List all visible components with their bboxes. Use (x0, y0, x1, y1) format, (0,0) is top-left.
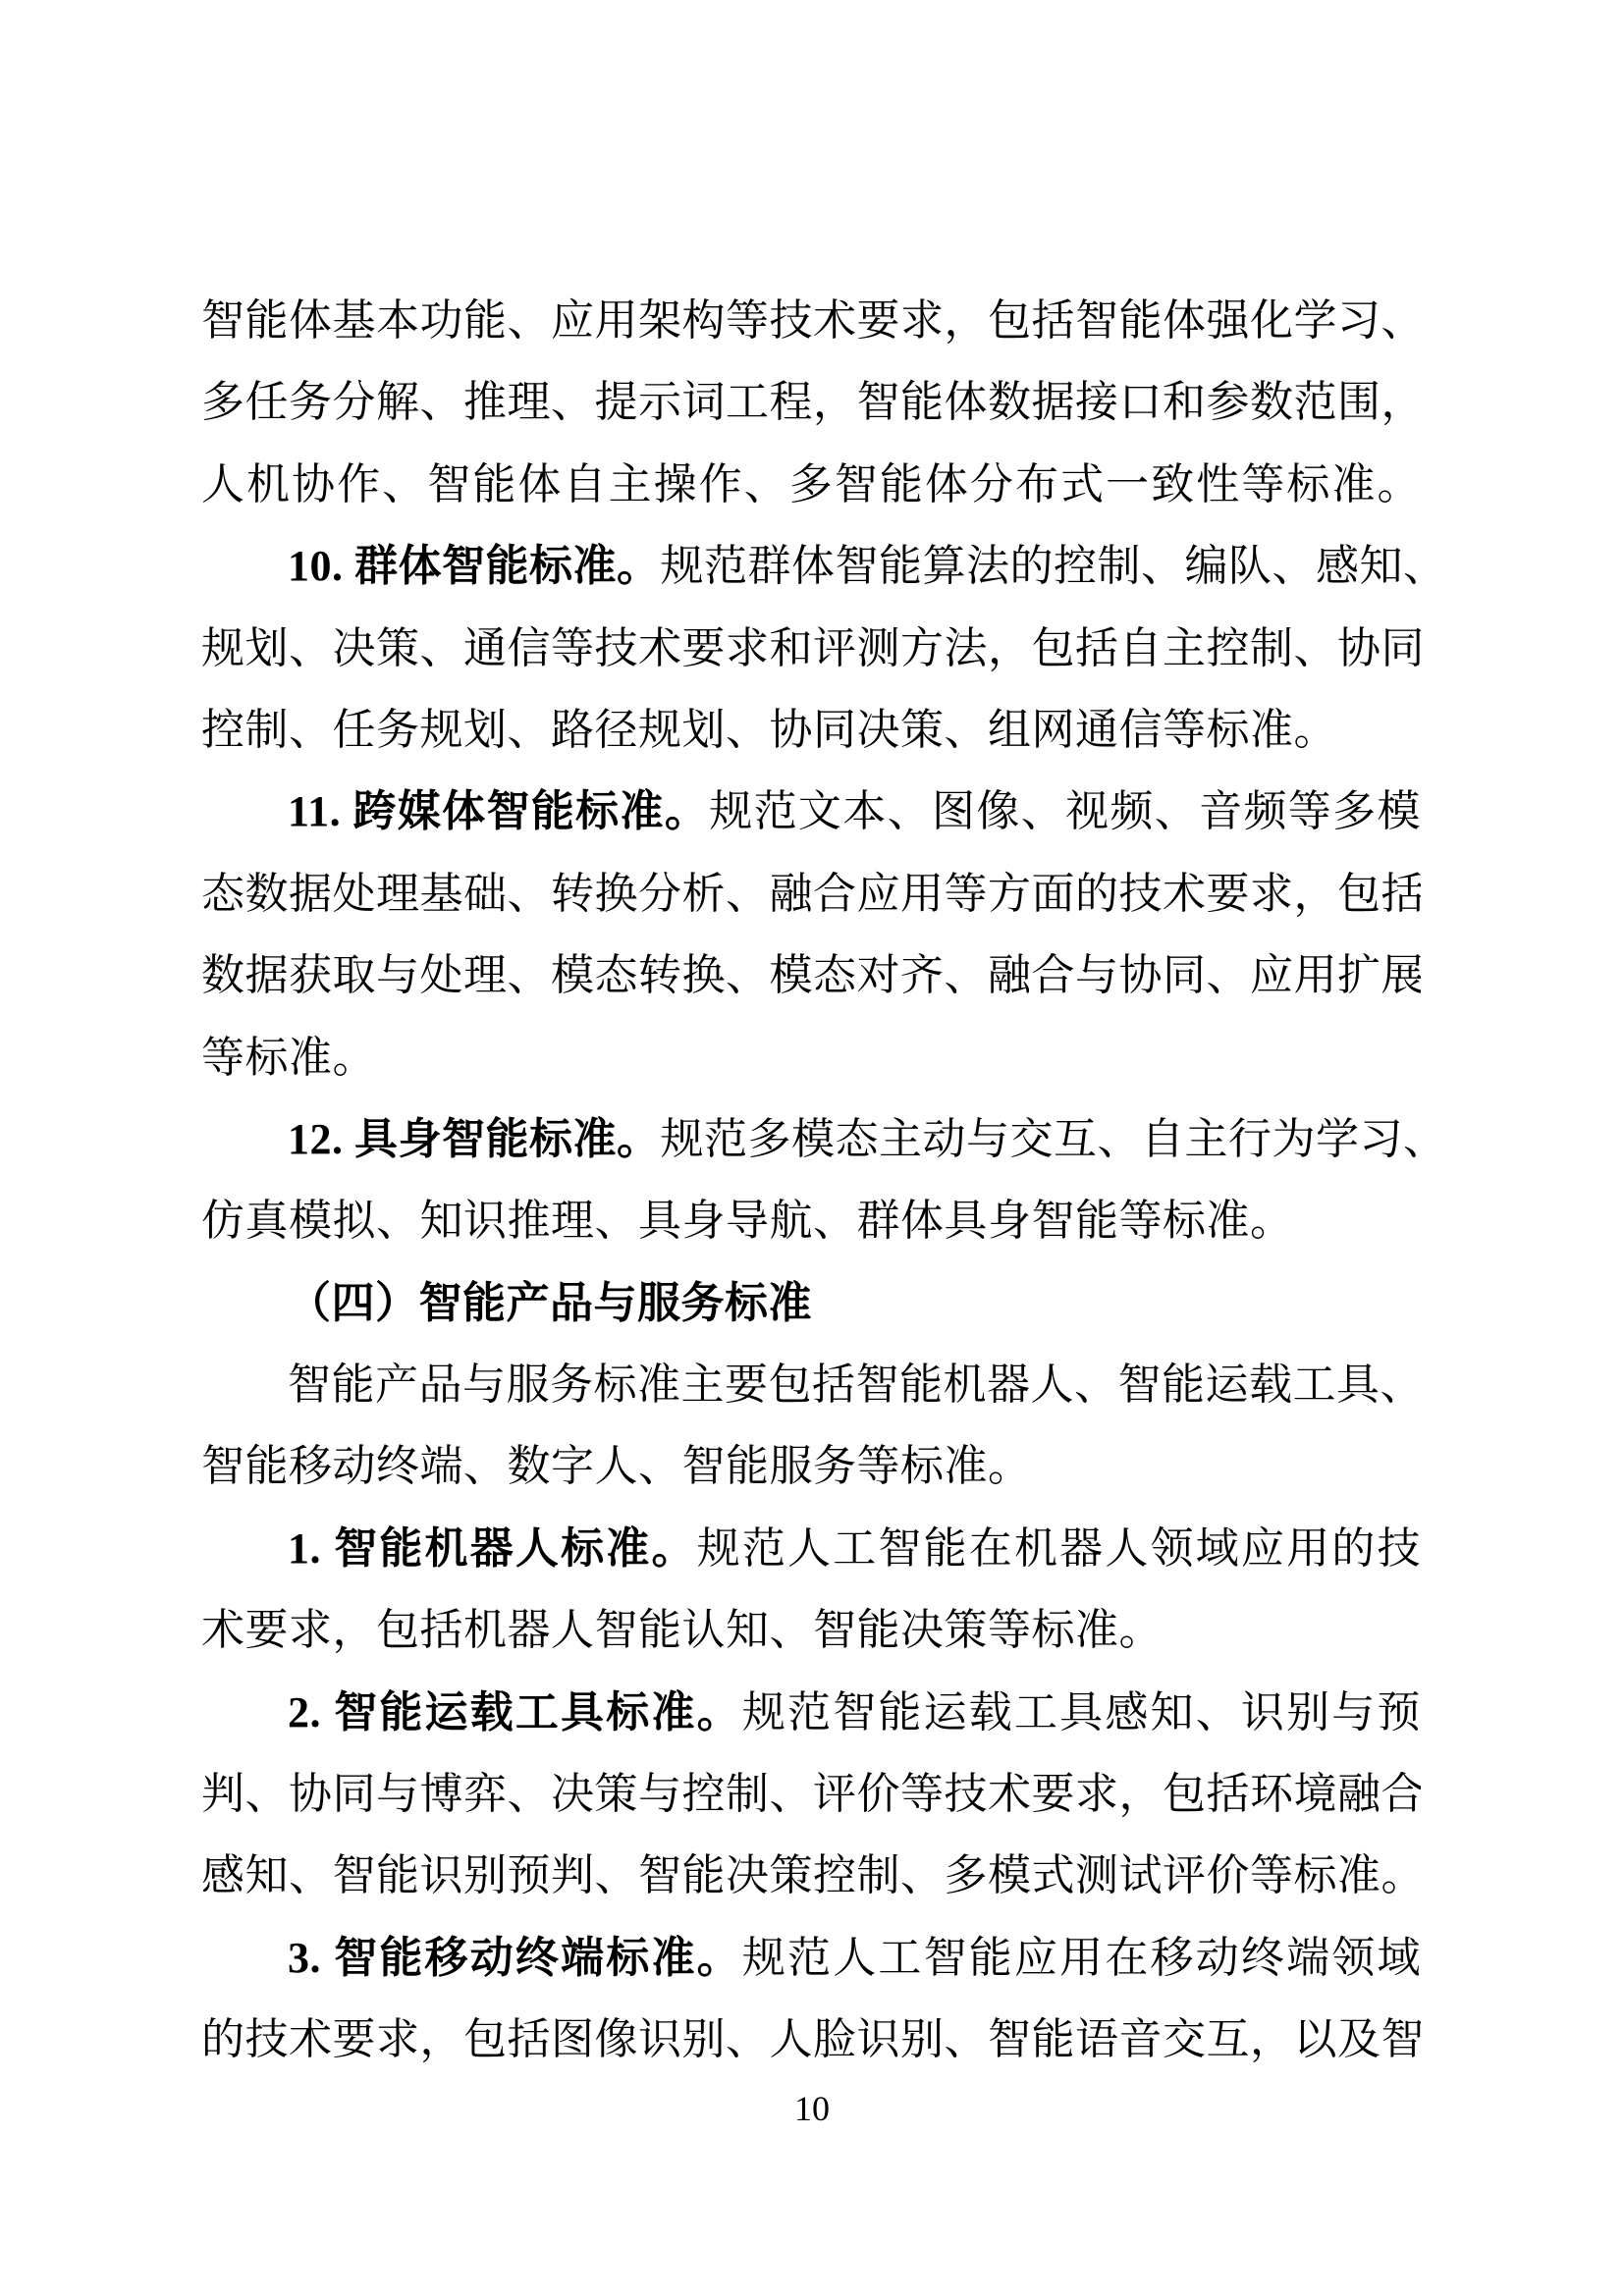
text-run: 智能体基本功能、应用架构等技术要求，包括智能体强化学习、 (201, 296, 1421, 345)
text-line: 智能产品与服务标准主要包括智能机器人、智能运载工具、 (201, 1344, 1421, 1425)
text-line-numbered-item-3: 3. 智能移动终端标准。规范人工智能应用在移动终端领域 (201, 1917, 1421, 1999)
text-line: 感知、智能识别预判、智能决策控制、多模式测试评价等标准。 (201, 1835, 1421, 1916)
heading-run: 11. 跨媒体智能标准。 (288, 787, 709, 835)
page-number: 10 (0, 2087, 1624, 2130)
text-run: 数据获取与处理、模态转换、模态对齐、融合与协同、应用扩展 (201, 951, 1421, 999)
heading-run: 10. 群体智能标准。 (288, 542, 661, 590)
text-line: 智能移动终端、数字人、智能服务等标准。 (201, 1425, 1421, 1507)
text-line-numbered-item-10: 10. 群体智能标准。规范群体智能算法的控制、编队、感知、 (201, 525, 1421, 607)
text-run: 规范多模态主动与交互、自主行为学习、 (661, 1115, 1422, 1163)
text-line: 等标准。 (201, 1017, 1421, 1098)
text-run: 多任务分解、推理、提示词工程，智能体数据接口和参数范围， (201, 378, 1421, 426)
text-line: 人机协作、智能体自主操作、多智能体分布式一致性等标准。 (201, 444, 1421, 525)
text-run: 智能产品与服务标准主要包括智能机器人、智能运载工具、 (288, 1361, 1421, 1409)
text-run: 控制、任务规划、路径规划、协同决策、组网通信等标准。 (201, 706, 1337, 754)
text-line: 术要求，包括机器人智能认知、智能决策等标准。 (201, 1589, 1421, 1671)
text-run: 感知、智能识别预判、智能决策控制、多模式测试评价等标准。 (201, 1851, 1421, 1899)
text-run: 态数据处理基础、转换分析、融合应用等方面的技术要求，包括 (201, 870, 1421, 918)
text-run: 等标准。 (201, 1034, 376, 1082)
heading-run: 1. 智能机器人标准。 (288, 1524, 697, 1573)
document-body: 智能体基本功能、应用架构等技术要求，包括智能体强化学习、 多任务分解、推理、提示… (201, 280, 1421, 2081)
section-heading-4: （四）智能产品与服务标准 (201, 1262, 1421, 1344)
text-run: 规范智能运载工具感知、识别与预 (742, 1688, 1421, 1736)
text-run: 智能移动终端、数字人、智能服务等标准。 (201, 1442, 1032, 1490)
text-line: 多任务分解、推理、提示词工程，智能体数据接口和参数范围， (201, 361, 1421, 443)
text-run: 术要求，包括机器人智能认知、智能决策等标准。 (201, 1606, 1163, 1654)
text-line-numbered-item-1: 1. 智能机器人标准。规范人工智能在机器人领域应用的技 (201, 1508, 1421, 1589)
text-run: 规划、决策、通信等技术要求和评测方法，包括自主控制、协同 (201, 624, 1421, 672)
text-line-numbered-item-12: 12. 具身智能标准。规范多模态主动与交互、自主行为学习、 (201, 1098, 1421, 1180)
text-run: 人机协作、智能体自主操作、多智能体分布式一致性等标准。 (201, 460, 1421, 508)
text-run: 规范人工智能在机器人领域应用的技 (697, 1524, 1421, 1573)
text-line-numbered-item-2: 2. 智能运载工具标准。规范智能运载工具感知、识别与预 (201, 1672, 1421, 1753)
text-run: 判、协同与博弈、决策与控制、评价等技术要求，包括环境融合 (201, 1770, 1421, 1818)
heading-run: 3. 智能移动终端标准。 (288, 1934, 742, 1982)
document-page: 智能体基本功能、应用架构等技术要求，包括智能体强化学习、 多任务分解、推理、提示… (0, 0, 1624, 2296)
text-line: 数据获取与处理、模态转换、模态对齐、融合与协同、应用扩展 (201, 934, 1421, 1016)
text-line-numbered-item-11: 11. 跨媒体智能标准。规范文本、图像、视频、音频等多模 (201, 771, 1421, 852)
text-run: 的技术要求，包括图像识别、人脸识别、智能语音交互，以及智 (201, 2015, 1421, 2063)
heading-run: 12. 具身智能标准。 (288, 1115, 661, 1163)
heading-run: 2. 智能运载工具标准。 (288, 1688, 742, 1736)
text-line: 判、协同与博弈、决策与控制、评价等技术要求，包括环境融合 (201, 1753, 1421, 1835)
text-run: 规范群体智能算法的控制、编队、感知、 (661, 542, 1422, 590)
text-line: 态数据处理基础、转换分析、融合应用等方面的技术要求，包括 (201, 853, 1421, 934)
text-line: 规划、决策、通信等技术要求和评测方法，包括自主控制、协同 (201, 608, 1421, 689)
text-line: 智能体基本功能、应用架构等技术要求，包括智能体强化学习、 (201, 280, 1421, 361)
text-line: 仿真模拟、知识推理、具身导航、群体具身智能等标准。 (201, 1180, 1421, 1261)
text-run: 规范人工智能应用在移动终端领域 (742, 1934, 1421, 1982)
heading-run: （四）智能产品与服务标准 (288, 1279, 812, 1327)
text-line: 的技术要求，包括图像识别、人脸识别、智能语音交互，以及智 (201, 1999, 1421, 2080)
text-run: 规范文本、图像、视频、音频等多模 (709, 787, 1421, 835)
text-line: 控制、任务规划、路径规划、协同决策、组网通信等标准。 (201, 689, 1421, 771)
text-run: 仿真模拟、知识推理、具身导航、群体具身智能等标准。 (201, 1197, 1294, 1245)
